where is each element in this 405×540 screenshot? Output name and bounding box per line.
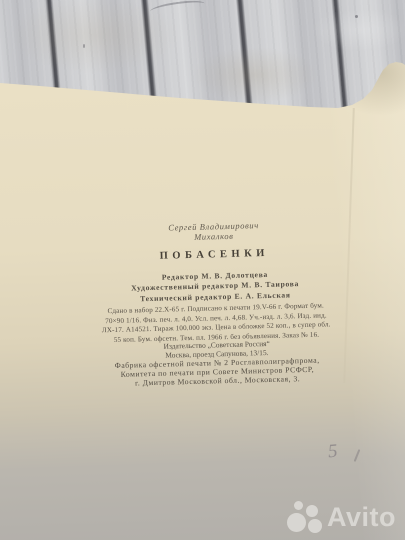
handwritten-stroke <box>354 449 361 462</box>
wood-knot <box>83 44 85 48</box>
handwritten-price-mark: 5 <box>327 441 338 464</box>
book-title: ПОБАСЕНКИ <box>12 244 405 266</box>
avito-watermark: Avito <box>287 501 396 534</box>
author-line-2: Михалков <box>194 231 234 242</box>
avito-logo-dot <box>287 513 306 532</box>
avito-logo-dot <box>294 501 303 510</box>
avito-logo-dot <box>308 519 322 533</box>
wood-knot <box>355 15 358 18</box>
author-line-1: Сергей Владимирович <box>168 220 259 232</box>
avito-logo-dot <box>306 505 318 517</box>
author-name: Сергей Владимирович Михалков <box>11 216 405 247</box>
wood-scratch-mark <box>150 0 206 17</box>
avito-logo-icon <box>287 501 322 534</box>
avito-watermark-label: Avito <box>327 502 396 533</box>
marketplace-photo: Сергей Владимирович Михалков ПОБАСЕНКИ Р… <box>0 0 405 540</box>
